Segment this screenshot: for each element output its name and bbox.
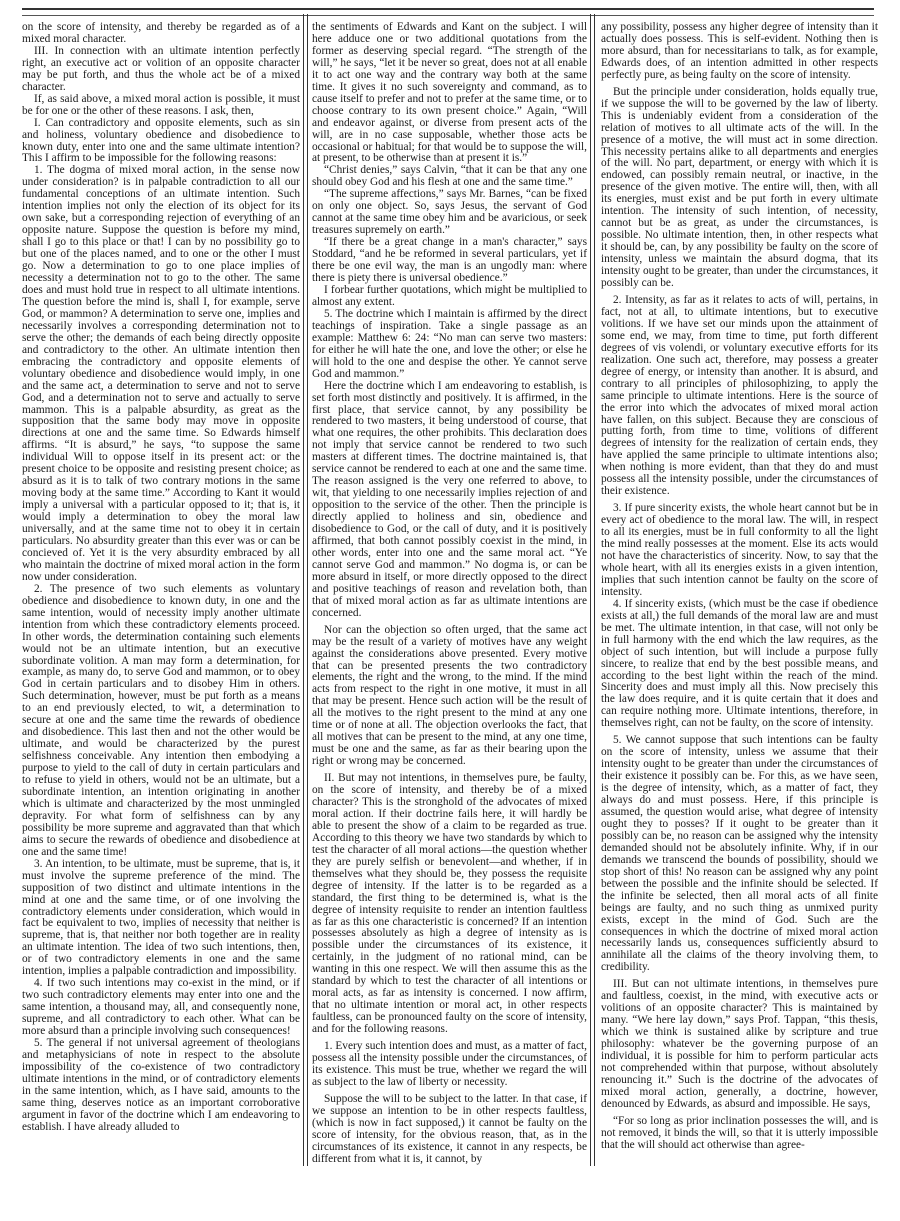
paragraph: III. But can not ultimate intentions, in… <box>601 979 878 1110</box>
paragraph: “Christ denies,” says Calvin, “that it c… <box>312 165 587 189</box>
text-column-right: any possibility, possess any higher degr… <box>601 22 878 1152</box>
paragraph: 2. Intensity, as far as it relates to ac… <box>601 295 878 498</box>
paragraph: If, as said above, a mixed moral action … <box>22 94 300 118</box>
top-rule-divider <box>22 8 874 16</box>
paragraph: 4. If two such intentions may co-exist i… <box>22 978 300 1038</box>
paragraph: Nor can the objection so often urged, th… <box>312 625 587 768</box>
paragraph: 4. If sincerity exists, (which must be t… <box>601 599 878 730</box>
document-page: on the score of intensity, and thereby b… <box>0 0 900 1221</box>
paragraph: on the score of intensity, and thereby b… <box>22 22 300 46</box>
column-divider-right <box>590 14 595 1166</box>
paragraph: 5. We cannot suppose that such intention… <box>601 735 878 974</box>
paragraph: II. But may not intentions, in themselve… <box>312 773 587 1036</box>
paragraph: III. In connection with an ultimate inte… <box>22 46 300 94</box>
paragraph: Here the doctrine which I am endeavoring… <box>312 381 587 620</box>
text-column-middle: the sentiments of Edwards and Kant on th… <box>312 22 587 1166</box>
column-divider-left <box>303 14 308 1166</box>
paragraph: 5. The doctrine which I maintain is affi… <box>312 309 587 381</box>
paragraph: “For so long as prior inclination posses… <box>601 1116 878 1152</box>
paragraph: “The supreme affections,” says Mr. Barne… <box>312 189 587 237</box>
paragraph: “If there be a great change in a man's c… <box>312 237 587 285</box>
paragraph: 1. Every such intention does and must, a… <box>312 1041 587 1089</box>
paragraph: 2. The presence of two such elements as … <box>22 584 300 859</box>
paragraph: 3. An intention, to be ultimate, must be… <box>22 859 300 979</box>
paragraph: 1. The dogma of mixed moral action, in t… <box>22 165 300 583</box>
paragraph: I. Can contradictory and opposite elemen… <box>22 118 300 166</box>
paragraph: I forbear further quotations, which migh… <box>312 285 587 309</box>
paragraph: 5. The general if not universal agreemen… <box>22 1038 300 1134</box>
paragraph: the sentiments of Edwards and Kant on th… <box>312 22 587 165</box>
paragraph: Suppose the will to be subject to the la… <box>312 1094 587 1166</box>
paragraph: But the principle under consideration, h… <box>601 87 878 290</box>
text-column-left: on the score of intensity, and thereby b… <box>22 22 300 1134</box>
paragraph: 3. If pure sincerity exists, the whole h… <box>601 503 878 599</box>
paragraph: any possibility, possess any higher degr… <box>601 22 878 82</box>
